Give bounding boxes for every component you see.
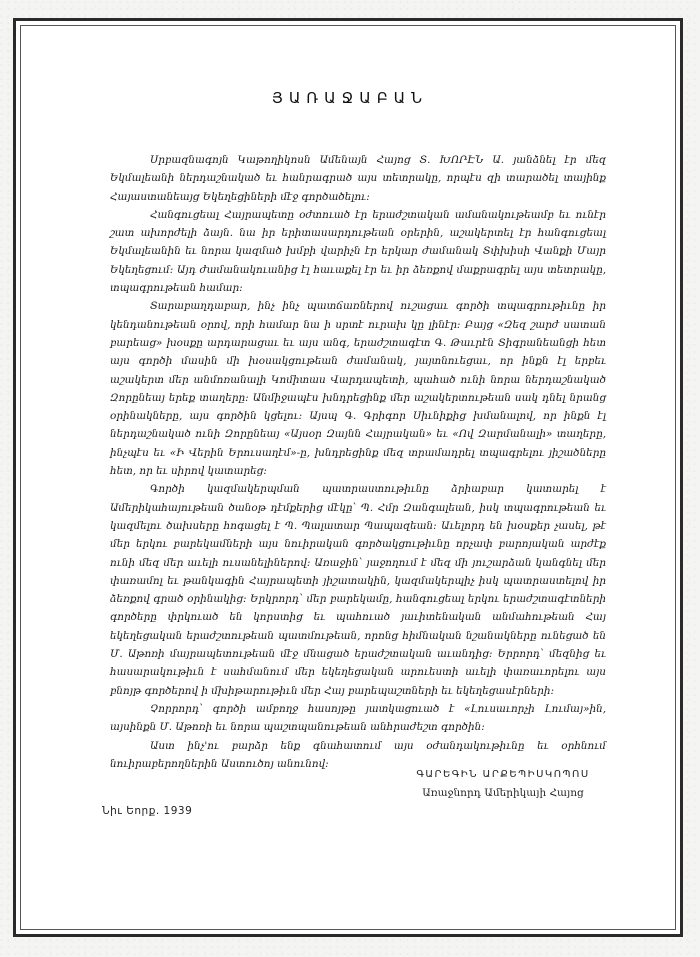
- document-body: Սրբազնագոյն Կաթողիկոսն Ամենայն Հայոց Տ. …: [110, 151, 606, 773]
- paragraph-3: Տարաբաղդաբար, ինչ ինչ պատճառներով ուշացա…: [110, 297, 606, 480]
- document-title: ՅԱՌԱՋԱԲԱՆ: [0, 89, 700, 107]
- paragraph-5: Չորրորդ՝ գործի ամբողջ հասոյթը յատկացուած…: [110, 700, 606, 737]
- paragraph-4: Գործի կազմակերպման պատրաստութիւնը ձրիաբա…: [110, 480, 606, 700]
- paragraph-1: Սրբազնագոյն Կաթողիկոսն Ամենայն Հայոց Տ. …: [110, 151, 606, 206]
- signatory-name: ԳԱՐԵԳԻՆ ԱՐՔԵՊԻՍԿՈՊՈՍ: [388, 769, 618, 780]
- paragraph-6: Աստ ինչ'ու բարձր ենք գնահատում այս օժանդ…: [110, 737, 606, 774]
- signature-block: ԳԱՐԵԳԻՆ ԱՐՔԵՊԻՍԿՈՊՈՍ Առաջնորդ Ամերիկայի …: [388, 769, 618, 799]
- paragraph-2: Հանգուցեալ Հայրապետը օժտուած էր երաժշտակ…: [110, 206, 606, 297]
- place-date: Նիւ Եորք. 1939: [102, 805, 192, 817]
- signatory-title: Առաջնորդ Ամերիկայի Հայոց: [388, 787, 618, 799]
